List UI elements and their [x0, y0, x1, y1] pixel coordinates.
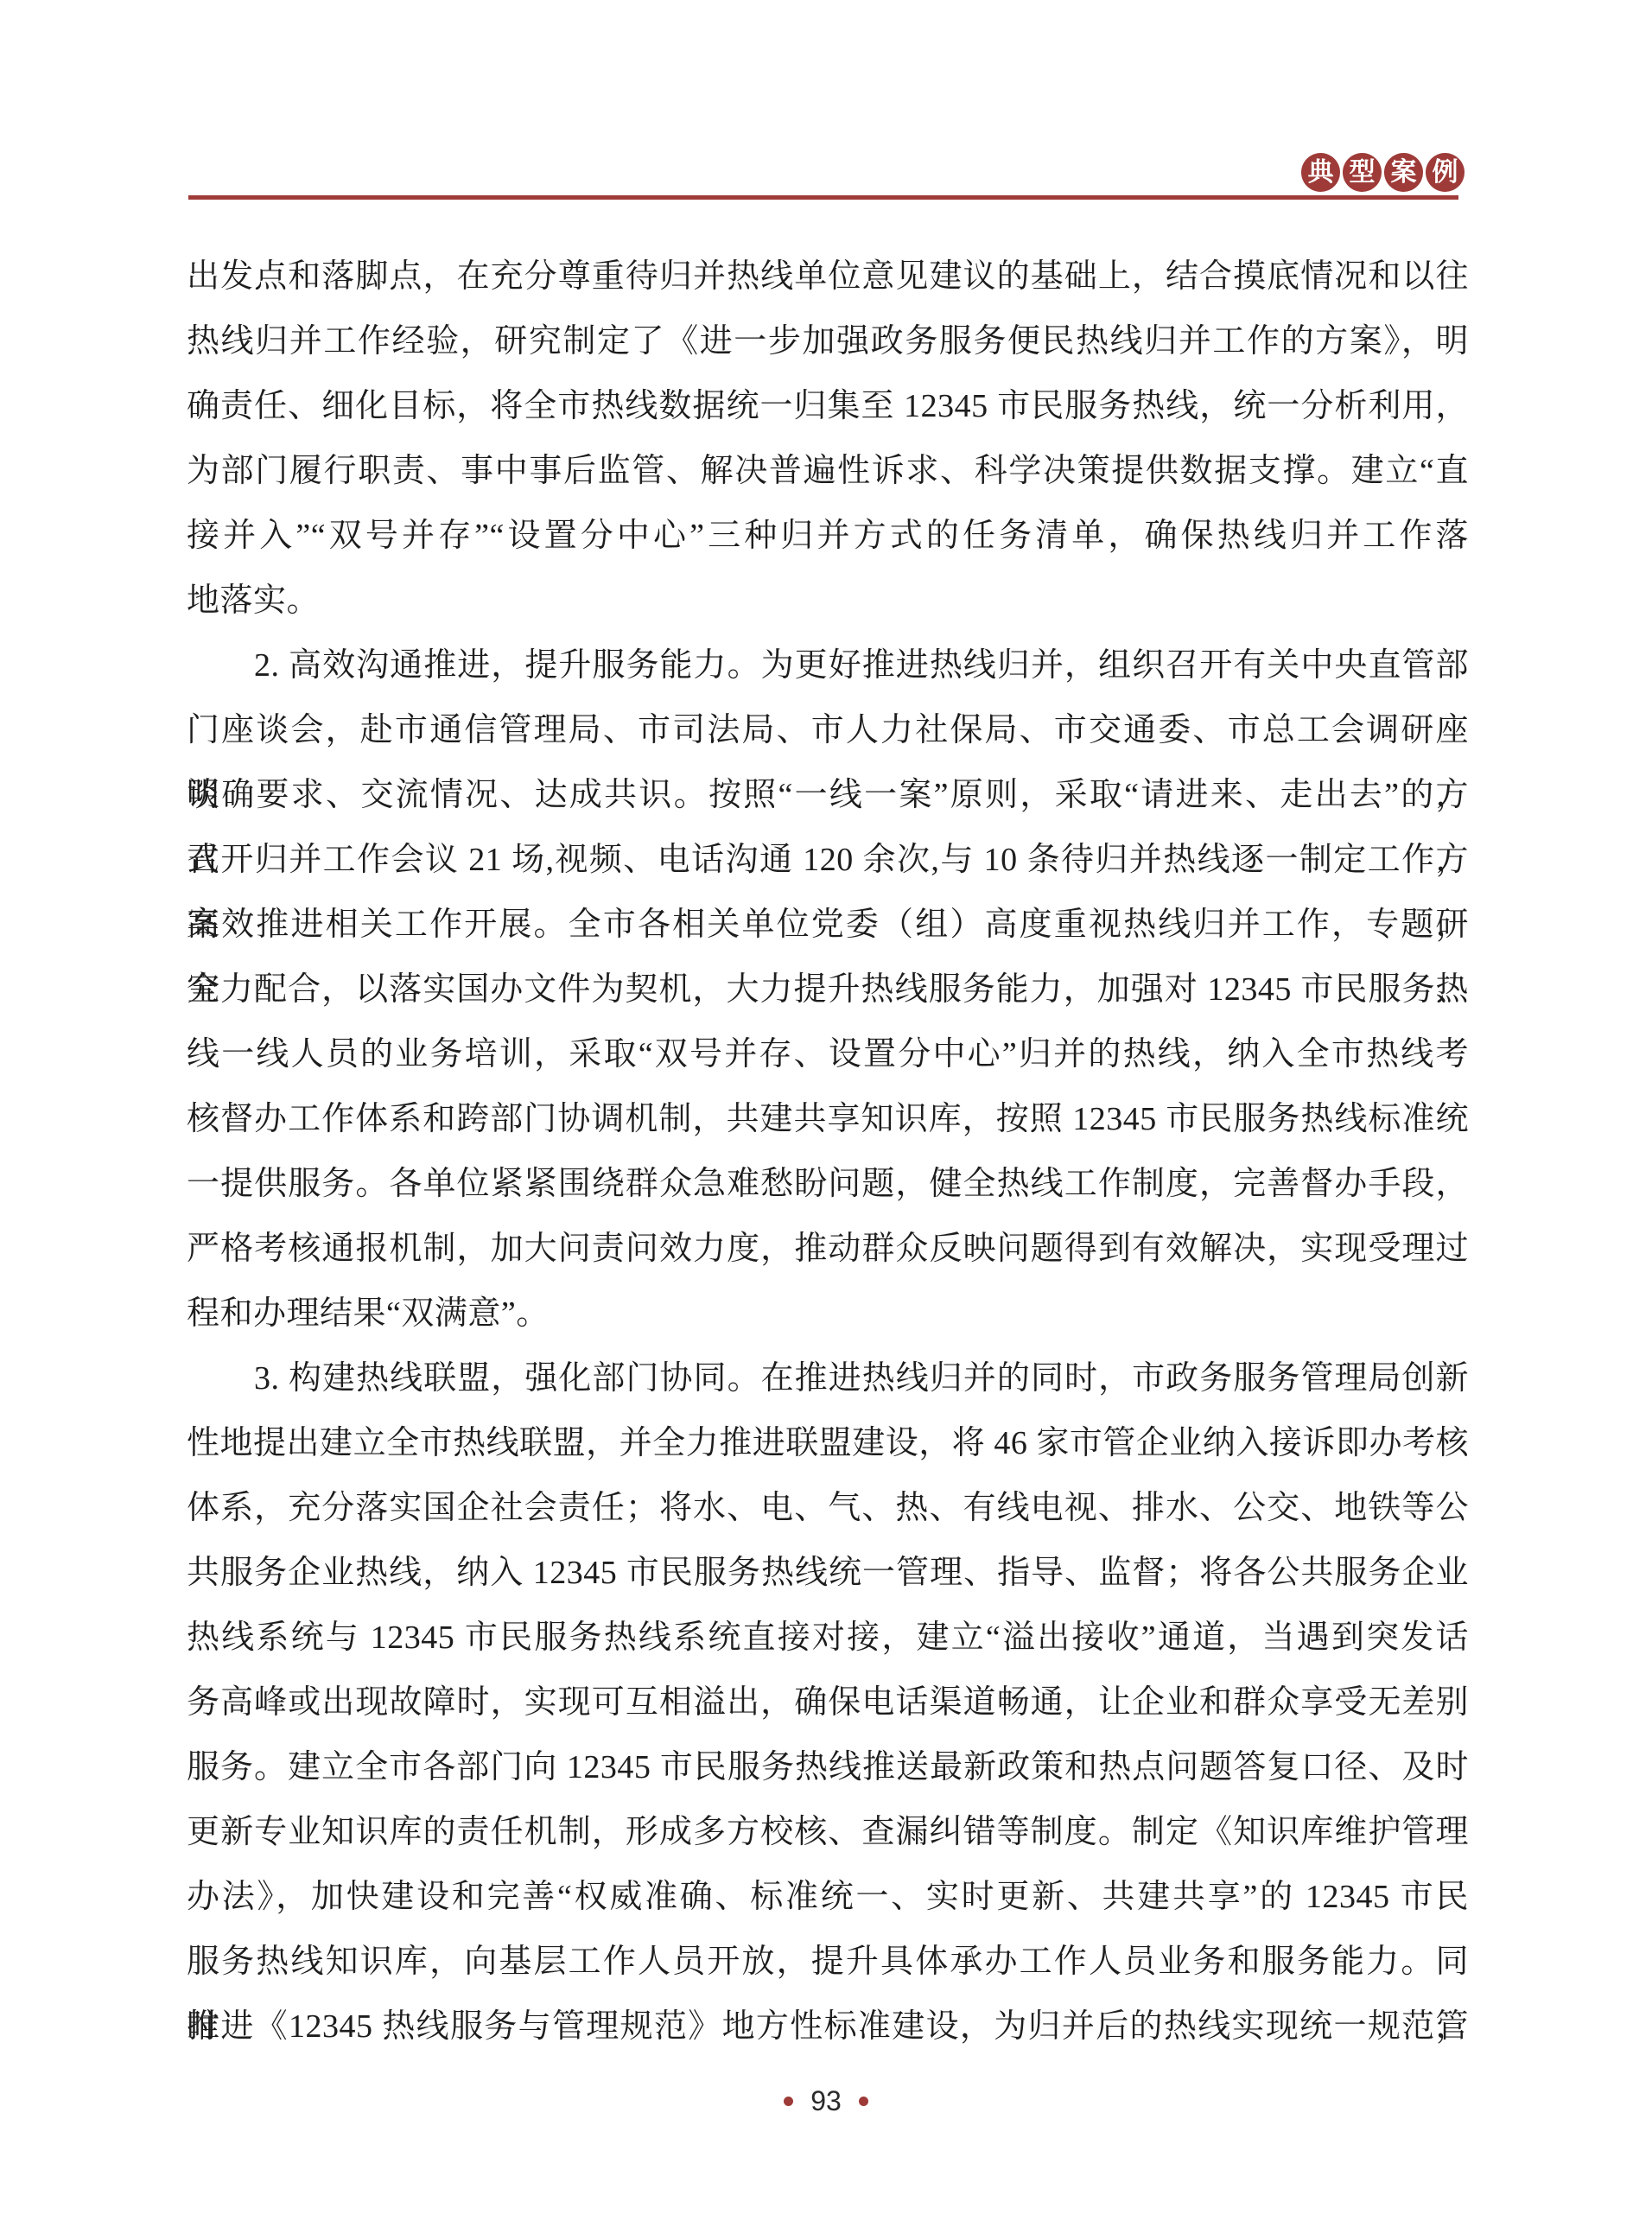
text-line: 务高峰或出现故障时，实现可互相溢出，确保电话渠道畅通，让企业和群众享受无差别: [187, 1670, 1469, 1735]
badge-char: 案: [1391, 160, 1417, 186]
badge-char-circle: 案: [1384, 153, 1423, 192]
badge-char-circle: 典: [1301, 153, 1340, 192]
badge-char: 典: [1308, 160, 1334, 186]
text-line: 程和办理结果“双满意”。: [187, 1282, 1469, 1346]
text-line: 3. 构建热线联盟，强化部门协同。在推进热线归并的同时，市政务服务管理局创新: [187, 1346, 1469, 1411]
text-line: 确责任、细化目标，将全市热线数据统一归集至 12345 市民服务热线，统一分析利…: [187, 374, 1469, 439]
text-line: 核督办工作体系和跨部门协调机制，共建共享知识库，按照 12345 市民服务热线标…: [187, 1087, 1469, 1152]
page-number: 93: [810, 2087, 842, 2115]
text-line: 2. 高效沟通推进，提升服务能力。为更好推进热线归并，组织召开有关中央直管部: [187, 633, 1469, 698]
text-line: 性地提出建立全市热线联盟，并全力推进联盟建设，将 46 家市管企业纳入接诉即办考…: [187, 1411, 1469, 1476]
text-line: 召开归并工作会议 21 场,视频、电话沟通 120 余次,与 10 条待归并热线…: [187, 828, 1469, 893]
text-line: 办法》，加快建设和完善“权威准确、标准统一、实时更新、共建共享”的 12345 …: [187, 1865, 1469, 1930]
text-line: 体系，充分落实国企社会责任；将水、电、气、热、有线电视、排水、公交、地铁等公: [187, 1476, 1469, 1541]
text-line: 接并入”“双号并存”“设置分中心”三种归并方式的任务清单，确保热线归并工作落: [187, 504, 1469, 569]
page-footer: 93: [0, 2087, 1652, 2115]
body-text: 出发点和落脚点，在充分尊重待归并热线单位意见建议的基础上，结合摸底情况和以往热线…: [187, 245, 1469, 2059]
text-line: 线一线人员的业务培训，采取“双号并存、设置分中心”归并的热线，纳入全市热线考: [187, 1022, 1469, 1087]
header-badge: 典 型 案 例: [1301, 153, 1465, 192]
badge-char-circle: 型: [1343, 153, 1382, 192]
text-line: 严格考核通报机制，加大问责问效力度，推动群众反映问题得到有效解决，实现受理过: [187, 1217, 1469, 1282]
footer-dot-icon: [859, 2097, 868, 2106]
text-line: 服务。建立全市各部门向 12345 市民服务热线推送最新政策和热点问题答复口径、…: [187, 1735, 1469, 1800]
text-line: 出发点和落脚点，在充分尊重待归并热线单位意见建议的基础上，结合摸底情况和以往: [187, 245, 1469, 309]
text-line: 推进《12345 热线服务与管理规范》地方性标准建设，为归并后的热线实现统一规范…: [187, 1995, 1469, 2059]
text-line: 共服务企业热线，纳入 12345 市民服务热线统一管理、指导、监督；将各公共服务…: [187, 1541, 1469, 1606]
text-line: 门座谈会，赴市通信管理局、市司法局、市人力社保局、市交通委、市总工会调研座谈，: [187, 698, 1469, 763]
text-line: 一提供服务。各单位紧紧围绕群众急难愁盼问题，健全热线工作制度，完善督办手段，: [187, 1152, 1469, 1217]
document-page: 典 型 案 例 出发点和落脚点，在充分尊重待归并热线单位意见建议的基础上，结合摸…: [0, 0, 1652, 2240]
text-line: 为部门履行职责、事中事后监管、解决普遍性诉求、科学决策提供数据支撑。建立“直: [187, 439, 1469, 504]
text-line: 服务热线知识库，向基层工作人员开放，提升具体承办工作人员业务和服务能力。同时，: [187, 1930, 1469, 1995]
text-line: 明确要求、交流情况、达成共识。按照“一线一案”原则，采取“请进来、走出去”的方式…: [187, 763, 1469, 828]
text-line: 热线归并工作经验，研究制定了《进一步加强政务服务便民热线归并工作的方案》，明: [187, 309, 1469, 374]
text-line: 热线系统与 12345 市民服务热线系统直接对接，建立“溢出接收”通道，当遇到突…: [187, 1606, 1469, 1670]
footer-dot-icon: [784, 2097, 793, 2106]
text-line: 更新专业知识库的责任机制，形成多方校核、查漏纠错等制度。制定《知识库维护管理: [187, 1800, 1469, 1865]
text-line: 地落实。: [187, 569, 1469, 633]
text-line: 高效推进相关工作开展。全市各相关单位党委（组）高度重视热线归并工作，专题研究、: [187, 893, 1469, 958]
text-line: 全力配合，以落实国办文件为契机，大力提升热线服务能力，加强对 12345 市民服…: [187, 958, 1469, 1022]
badge-char: 例: [1433, 160, 1458, 186]
header-rule: [188, 195, 1458, 200]
badge-char-circle: 例: [1426, 153, 1465, 192]
badge-char: 型: [1350, 160, 1376, 186]
